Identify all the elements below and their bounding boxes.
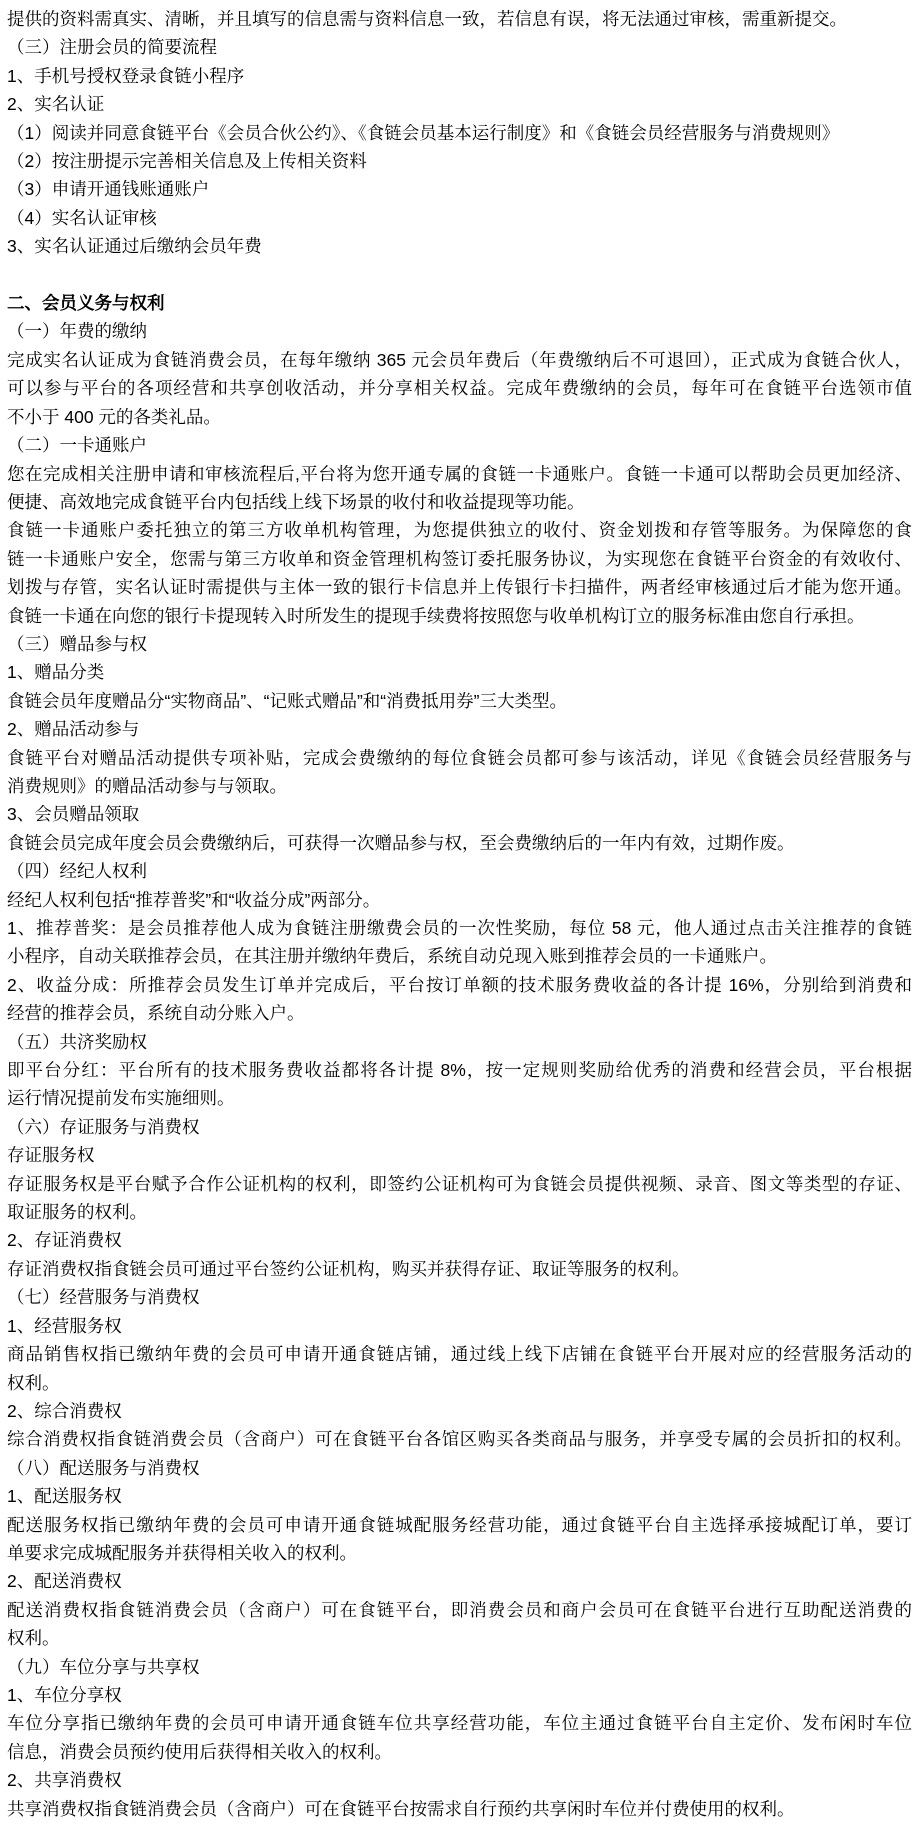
text-line: （4）实名认证审核 <box>7 204 912 232</box>
text-line: 食链一卡通在向您的银行卡提现转入时所发生的提现手续费将按照您与收单机构订立的服务… <box>7 602 912 630</box>
text-line: （一）年费的缴纳 <box>7 317 912 345</box>
text-line: （三）赠品参与权 <box>7 630 912 658</box>
text-line: 1、手机号授权登录食链小程序 <box>7 62 912 90</box>
text-line: 存证服务权 <box>7 1141 912 1169</box>
document-page: 提供的资料需真实、清晰，并且填写的信息需与资料信息一致，若信息有误，将无法通过审… <box>0 0 920 1824</box>
text-line: 您在完成相关注册申请和审核流程后,平台将为您开通专属的食链一卡通账户。食链一卡通… <box>7 460 912 488</box>
text-line: （八）配送服务与消费权 <box>7 1454 912 1482</box>
text-line: 食链一卡通账户委托独立的第三方收单机构管理，为您提供独立的收付、资金划拨和存管等… <box>7 516 912 544</box>
blank-line <box>7 261 912 289</box>
text-line: 车位分享指已缴纳年费的会员可申请开通食链车位共享经营功能，车位主通过食链平台自主… <box>7 1709 912 1737</box>
text-line: （2）按注册提示完善相关信息及上传相关资料 <box>7 147 912 175</box>
text-line: 经营的推荐会员，系统自动分账入户。 <box>7 999 912 1027</box>
text-line: 配送消费权指食链消费会员（含商户）可在食链平台，即消费会员和商户会员可在食链平台… <box>7 1596 912 1624</box>
text-line: 1、推荐普奖：是会员推荐他人成为食链注册缴费会员的一次性奖励，每位 58 元，他… <box>7 914 912 942</box>
text-line: 2、实名认证 <box>7 90 912 118</box>
text-line: 3、实名认证通过后缴纳会员年费 <box>7 232 912 260</box>
text-line: （六）存证服务与消费权 <box>7 1113 912 1141</box>
text-line: 1、配送服务权 <box>7 1482 912 1510</box>
text-line: 食链会员年度赠品分“实物商品”、“记账式赠品”和“消费抵用券”三大类型。 <box>7 687 912 715</box>
text-line: 完成实名认证成为食链消费会员，在每年缴纳 365 元会员年费后（年费缴纳后不可退… <box>7 346 912 374</box>
text-line: （二）一卡通账户 <box>7 431 912 459</box>
text-line: 二、会员义务与权利 <box>7 289 912 317</box>
text-line: 划拨与存管，实名认证时需提供与主体一致的银行卡信息并上传银行卡扫描件，两者经审核… <box>7 573 912 601</box>
text-line: 便捷、高效地完成食链平台内包括线上线下场景的收付和收益提现等功能。 <box>7 488 912 516</box>
text-line: 消费规则》的赠品活动参与与领取。 <box>7 772 912 800</box>
text-line: 存证服务权是平台赋予合作公证机构的权利，即签约公证机构可为食链会员提供视频、录音… <box>7 1170 912 1198</box>
text-line: （1）阅读并同意食链平台《会员合伙公约》、《食链会员基本运行制度》和《食链会员经… <box>7 119 912 147</box>
document-text-body: 提供的资料需真实、清晰，并且填写的信息需与资料信息一致，若信息有误，将无法通过审… <box>7 5 912 1823</box>
text-line: 食链平台对赠品活动提供专项补贴，完成会费缴纳的每位食链会员都可参与该活动，详见《… <box>7 744 912 772</box>
text-line: 链一卡通账户安全，您需与第三方收单和资金管理机构签订委托服务协议，为实现您在食链… <box>7 545 912 573</box>
text-line: 综合消费权指食链消费会员（含商户）可在食链平台各馆区购买各类商品与服务，并享受专… <box>7 1425 912 1453</box>
text-line: 配送服务权指已缴纳年费的会员可申请开通食链城配服务经营功能，通过食链平台自主选择… <box>7 1511 912 1539</box>
text-line: 2、综合消费权 <box>7 1397 912 1425</box>
text-line: 2、共享消费权 <box>7 1766 912 1794</box>
text-line: 2、收益分成：所推荐会员发生订单并完成后，平台按订单额的技术服务费收益的各计提 … <box>7 971 912 999</box>
text-line: 2、存证消费权 <box>7 1226 912 1254</box>
text-line: 1、经营服务权 <box>7 1312 912 1340</box>
text-line: 商品销售权指已缴纳年费的会员可申请开通食链店铺，通过线上线下店铺在食链平台开展对… <box>7 1340 912 1368</box>
text-line: （七）经营服务与消费权 <box>7 1283 912 1311</box>
text-line: 食链会员完成年度会员会费缴纳后，可获得一次赠品参与权，至会费缴纳后的一年内有效，… <box>7 829 912 857</box>
text-line: 存证消费权指食链会员可通过平台签约公证机构，购买并获得存证、取证等服务的权利。 <box>7 1255 912 1283</box>
text-line: 2、赠品活动参与 <box>7 715 912 743</box>
text-line: 小程序，自动关联推荐会员，在其注册并缴纳年费后，系统自动兑现入账到推荐会员的一卡… <box>7 942 912 970</box>
text-line: （五）共济奖励权 <box>7 1028 912 1056</box>
text-line: （四）经纪人权利 <box>7 857 912 885</box>
text-line: 权利。 <box>7 1624 912 1652</box>
text-line: 1、车位分享权 <box>7 1681 912 1709</box>
text-line: （三）注册会员的简要流程 <box>7 33 912 61</box>
text-line: 2、配送消费权 <box>7 1567 912 1595</box>
text-line: 取证服务的权利。 <box>7 1198 912 1226</box>
text-line: 运行情况提前发布实施细则。 <box>7 1084 912 1112</box>
text-line: 3、会员赠品领取 <box>7 800 912 828</box>
text-line: （3）申请开通钱账通账户 <box>7 175 912 203</box>
text-line: 提供的资料需真实、清晰，并且填写的信息需与资料信息一致，若信息有误，将无法通过审… <box>7 5 912 33</box>
text-line: 经纪人权利包括“推荐普奖”和“收益分成”两部分。 <box>7 886 912 914</box>
text-line: 1、赠品分类 <box>7 658 912 686</box>
text-line: 权利。 <box>7 1369 912 1397</box>
text-line: 可以参与平台的各项经营和共享创收活动，并分享相关权益。完成年费缴纳的会员，每年可… <box>7 374 912 402</box>
text-line: 即平台分红：平台所有的技术服务费收益都将各计提 8%，按一定规则奖励给优秀的消费… <box>7 1056 912 1084</box>
text-line: 信息，消费会员预约使用后获得相关收入的权利。 <box>7 1738 912 1766</box>
text-line: 不小于 400 元的各类礼品。 <box>7 403 912 431</box>
text-line: （九）车位分享与共享权 <box>7 1653 912 1681</box>
text-line: 共享消费权指食链消费会员（含商户）可在食链平台按需求自行预约共享闲时车位并付费使… <box>7 1795 912 1823</box>
text-line: 单要求完成城配服务并获得相关收入的权利。 <box>7 1539 912 1567</box>
